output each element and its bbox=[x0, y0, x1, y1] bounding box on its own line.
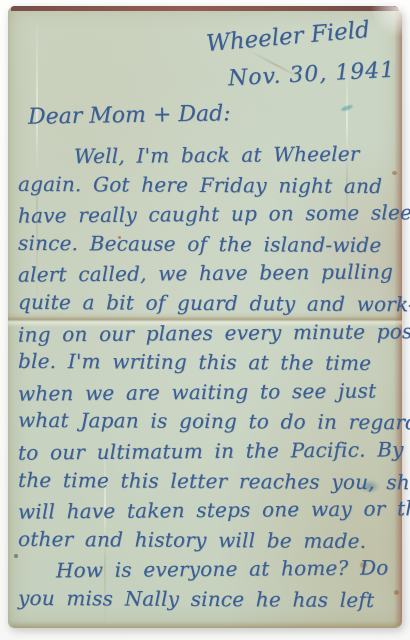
paper-top-glued-edge bbox=[11, 6, 399, 11]
letter-line: again. Got here Friday night and bbox=[18, 171, 396, 203]
letter-line: alert called, we have been pulling bbox=[18, 260, 396, 293]
letter-line: quite a bit of guard duty and work- bbox=[18, 290, 396, 322]
scanned-letter-photo: Wheeler Field Nov. 30, 1941 Dear Mom + D… bbox=[0, 0, 410, 640]
letter-line: will have taken steps one way or the bbox=[18, 496, 396, 529]
letter-body: Well, I'm back at Wheeler again. Got her… bbox=[18, 143, 396, 617]
letter-salutation: Dear Mom + Dad: bbox=[28, 101, 231, 130]
letter-line: other and history will be made. bbox=[18, 527, 396, 559]
letter-line: when we are waiting to see just bbox=[18, 378, 396, 411]
paper-bottom-aged-edge bbox=[10, 621, 400, 628]
letter-paper: Wheeler Field Nov. 30, 1941 Dear Mom + D… bbox=[8, 6, 402, 628]
letter-line: what Japan is going to do in regards bbox=[18, 408, 396, 440]
letter-line: the time this letter reaches you, she bbox=[18, 467, 396, 499]
letter-line: to our ultimatum in the Pacific. By bbox=[18, 437, 396, 470]
letter-line: since. Because of the island-wide bbox=[18, 231, 396, 263]
letter-place-heading: Wheeler Field bbox=[205, 17, 371, 57]
letter-line: ing on our planes every minute possi- bbox=[18, 319, 396, 352]
letter-line: have really caught up on some sleep bbox=[18, 201, 396, 234]
letter-line: you miss Nally since he has left bbox=[18, 586, 396, 618]
letter-line: ble. I'm writing this at the time bbox=[18, 349, 396, 381]
letter-date-heading: Nov. 30, 1941 bbox=[227, 58, 395, 92]
paper-corner-wear bbox=[368, 6, 402, 36]
letter-line: How is everyone at home? Do bbox=[18, 556, 396, 589]
letter-line: Well, I'm back at Wheeler bbox=[18, 141, 396, 174]
